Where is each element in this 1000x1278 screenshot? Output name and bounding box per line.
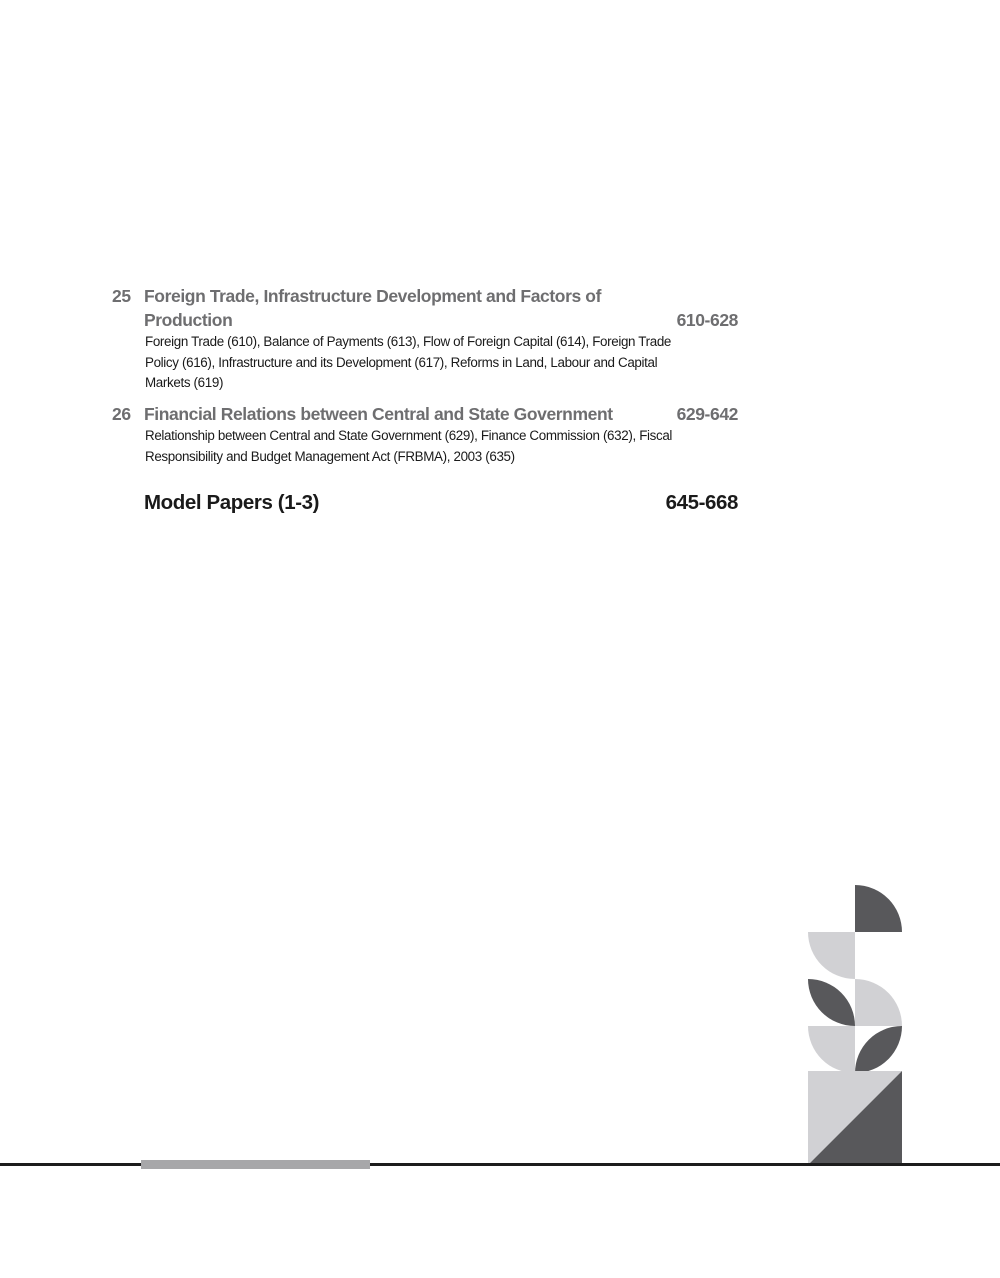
chapter-heading: 25 Foreign Trade, Infrastructure Develop…: [112, 284, 738, 332]
light-quarter-circle-shape: [808, 932, 855, 979]
chapter-number: 26: [112, 402, 144, 426]
table-of-contents: 25 Foreign Trade, Infrastructure Develop…: [112, 284, 738, 516]
chapter-topics: Relationship between Central and State G…: [145, 426, 738, 467]
chapter-topics: Foreign Trade (610), Balance of Payments…: [145, 332, 738, 394]
chapter-title: Financial Relations between Central and …: [144, 402, 738, 426]
model-papers-page-range: 645-668: [666, 490, 738, 516]
chapter-page-range: 610-628: [677, 308, 738, 332]
chapter-heading: 26 Financial Relations between Central a…: [112, 402, 738, 426]
toc-model-papers: Model Papers (1-3) 645-668: [144, 490, 738, 516]
light-quarter-circle-shape: [855, 979, 902, 1026]
decorative-geometric-graphic: [808, 885, 902, 1165]
dark-leaf-shape: [855, 1026, 902, 1073]
toc-chapter-26: 26 Financial Relations between Central a…: [112, 402, 738, 467]
light-quarter-circle-shape: [808, 1026, 855, 1073]
dark-quarter-circle-shape: [855, 885, 902, 932]
chapter-page-range: 629-642: [677, 402, 738, 426]
footer-accent-bar: [141, 1160, 370, 1169]
dark-leaf-shape: [808, 979, 855, 1026]
chapter-title: Foreign Trade, Infrastructure Developmen…: [144, 284, 738, 332]
chapter-number: 25: [112, 284, 144, 308]
model-papers-title: Model Papers (1-3): [144, 490, 319, 516]
toc-chapter-25: 25 Foreign Trade, Infrastructure Develop…: [112, 284, 738, 394]
